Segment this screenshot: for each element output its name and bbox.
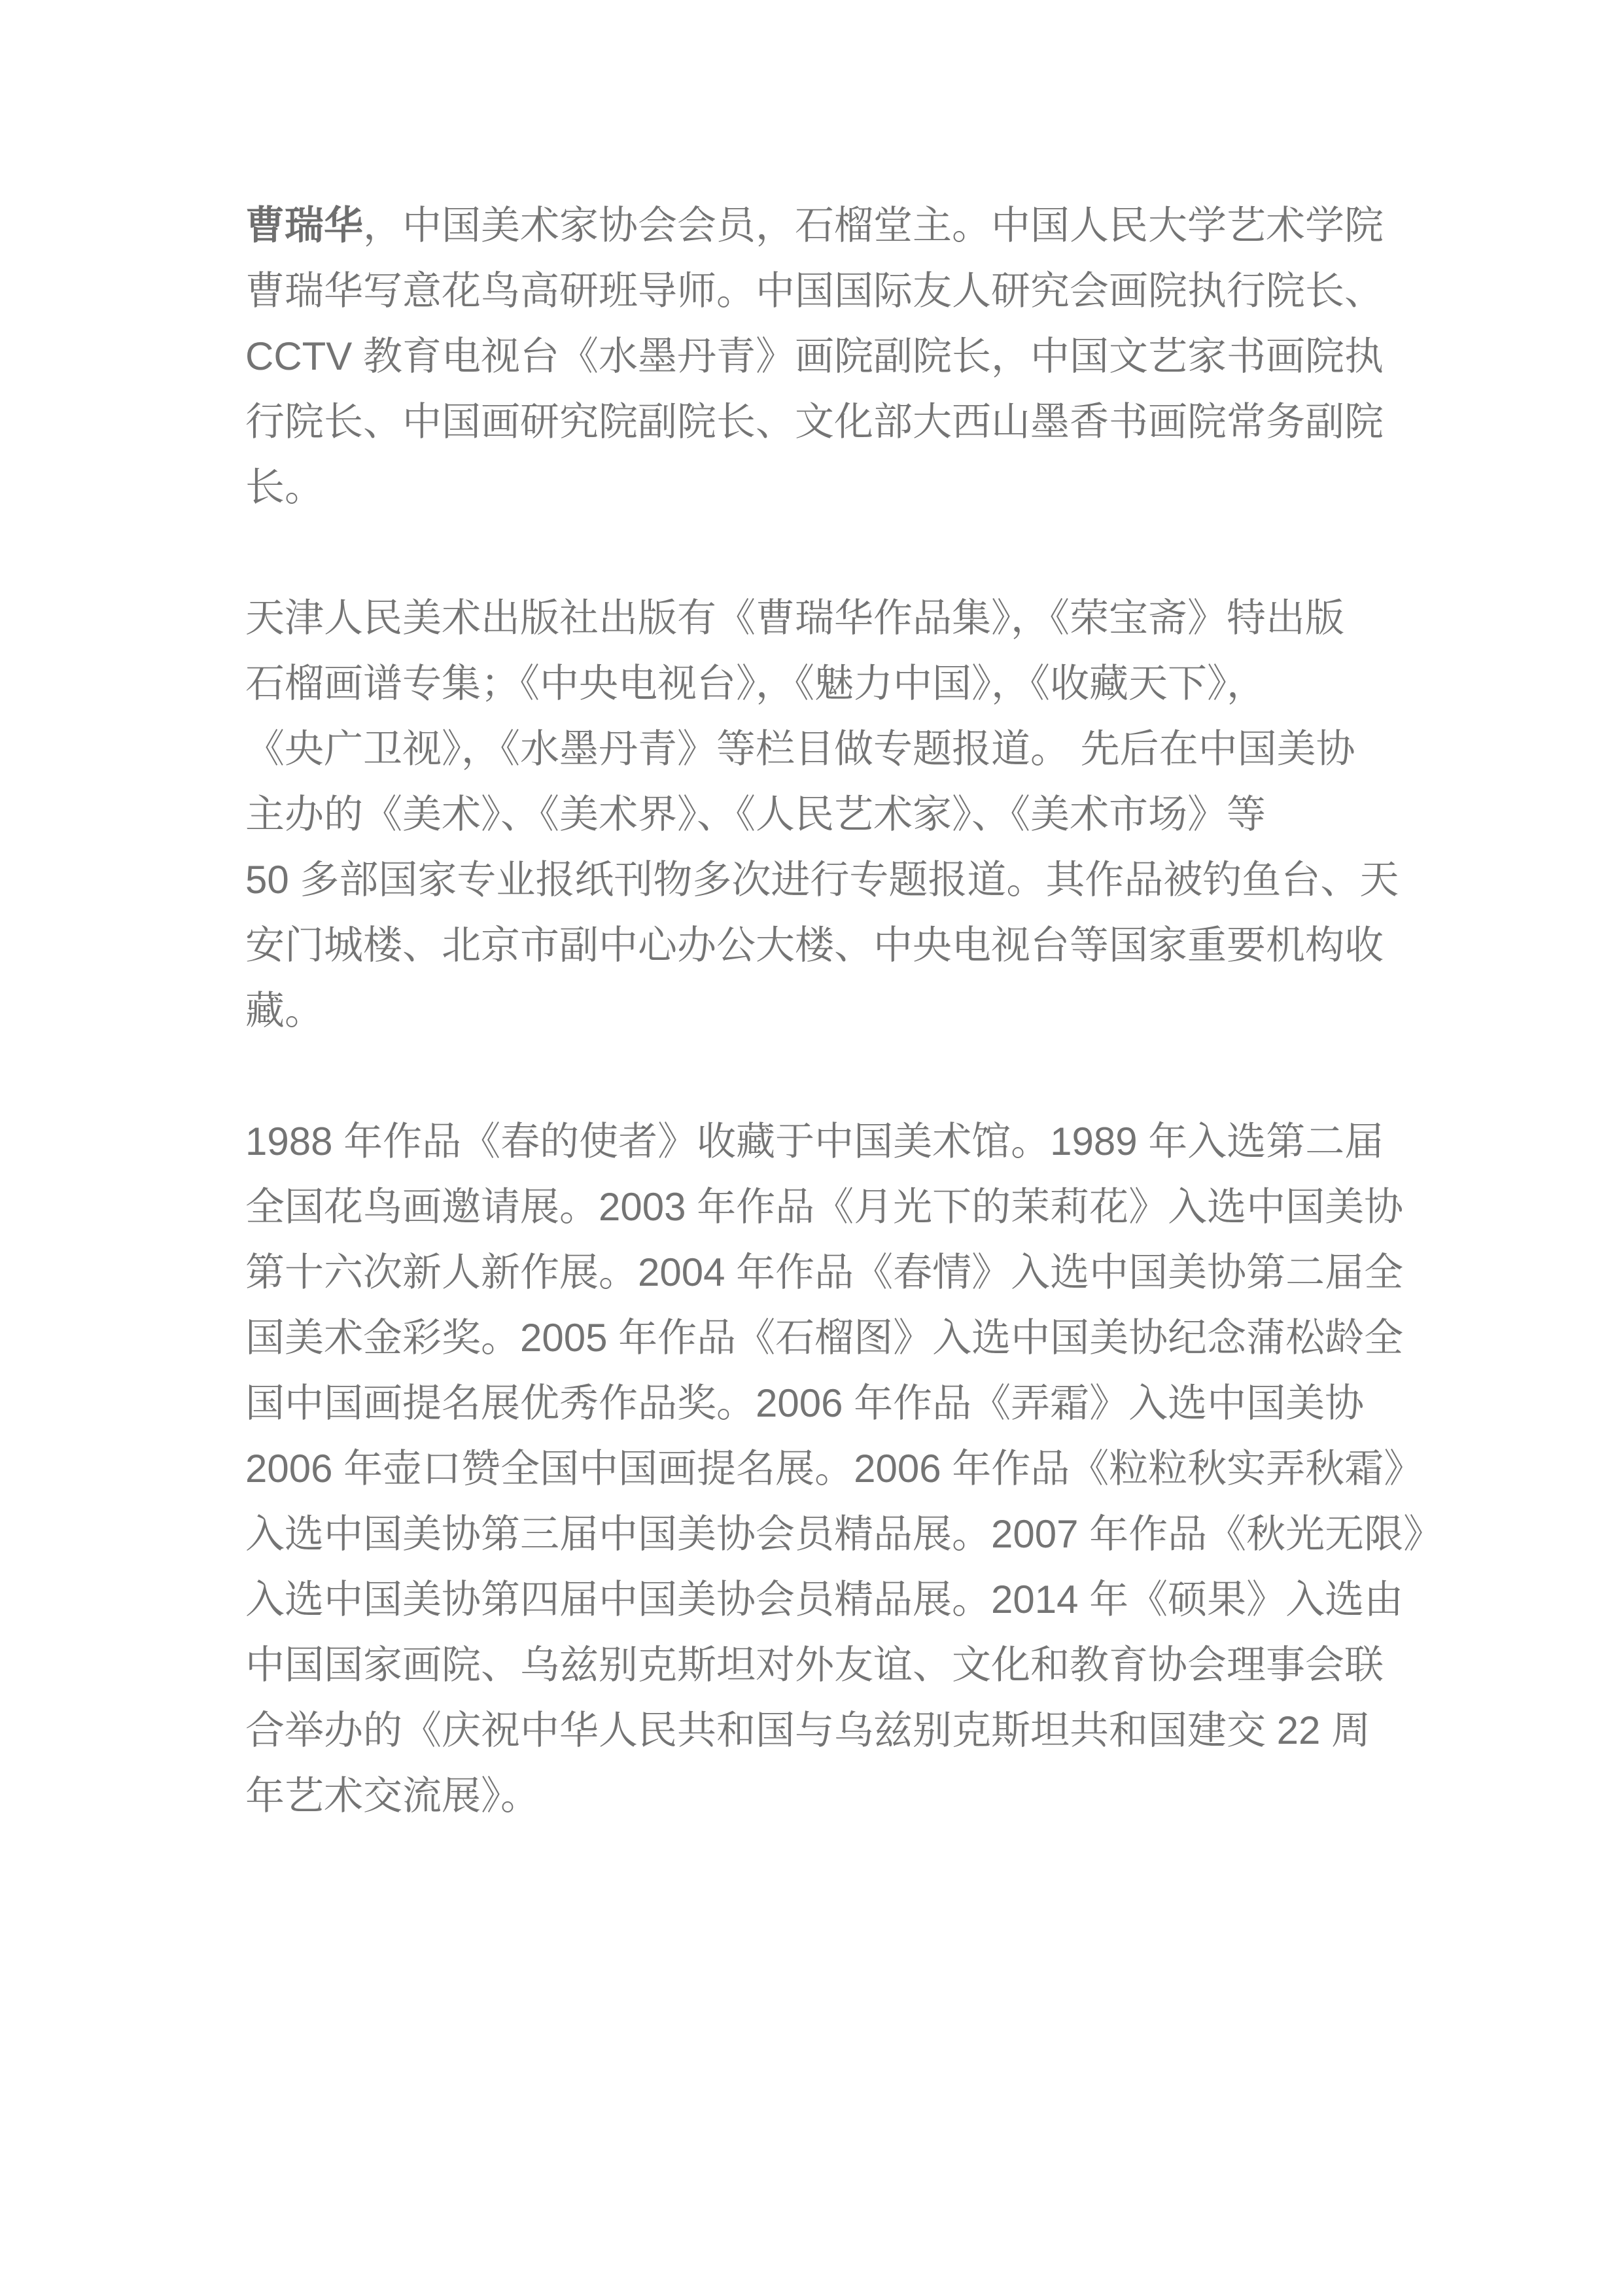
text-line: 天津人民美术出版社出版有《曹瑞华作品集》，《荣宝斋》特出版	[245, 586, 1384, 651]
text-line: 合举办的《庆祝中华人民共和国与乌兹别克斯坦共和国建交 22 周	[245, 1698, 1384, 1763]
paragraph-2: 天津人民美术出版社出版有《曹瑞华作品集》，《荣宝斋》特出版石榴画谱专集；《中央电…	[245, 586, 1384, 1044]
text-line: 全国花鸟画邀请展。2003 年作品《月光下的茉莉花》入选中国美协	[245, 1174, 1384, 1240]
text-line: 2006 年壶口赞全国中国画提名展。2006 年作品《粒粒秋实弄秋霜》	[245, 1436, 1384, 1502]
text-line: 曹瑞华写意花鸟高研班导师。中国国际友人研究会画院执行院长、	[245, 258, 1384, 324]
text-line: 入选中国美协第四届中国美协会员精品展。2014 年《硕果》入选由	[245, 1567, 1384, 1633]
text-line: 主办的《美术》、《美术界》、《人民艺术家》、《美术市场》等	[245, 782, 1384, 847]
text-line: 50 多部国家专业报纸刊物多次进行专题报道。其作品被钓鱼台、天	[245, 847, 1384, 913]
text-line: 中国国家画院、乌兹别克斯坦对外友谊、文化和教育协会理事会联	[245, 1633, 1384, 1698]
text-line: 藏。	[245, 978, 1384, 1044]
text-line: 石榴画谱专集；《中央电视台》，《魅力中国》，《收藏天下》，	[245, 651, 1384, 716]
text-line: 《央广卫视》，《水墨丹青》等栏目做专题报道。 先后在中国美协	[245, 716, 1384, 782]
biography-text-block: 曹瑞华，中国美术家协会会员，石榴堂主。中国人民大学艺术学院曹瑞华写意花鸟高研班导…	[245, 193, 1384, 1829]
text-line: 国美术金彩奖。2005 年作品《石榴图》入选中国美协纪念蒲松龄全	[245, 1305, 1384, 1371]
text-line: CCTV 教育电视台《水墨丹青》画院副院长，中国文艺家书画院执	[245, 324, 1384, 389]
author-name-bold: 曹瑞华	[245, 203, 363, 247]
text-line: 入选中国美协第三届中国美协会员精品展。2007 年作品《秋光无限》	[245, 1502, 1384, 1567]
text-line: 年艺术交流展》。	[245, 1763, 1384, 1829]
paragraph-1: 曹瑞华，中国美术家协会会员，石榴堂主。中国人民大学艺术学院曹瑞华写意花鸟高研班导…	[245, 193, 1384, 520]
text-line: 1988 年作品《春的使者》收藏于中国美术馆。1989 年入选第二届	[245, 1109, 1384, 1174]
text-line: 长。	[245, 455, 1384, 520]
text-line: 安门城楼、北京市副中心办公大楼、中央电视台等国家重要机构收	[245, 913, 1384, 978]
text-line: 行院长、中国画研究院副院长、文化部大西山墨香书画院常务副院	[245, 389, 1384, 455]
text-line: 国中国画提名展优秀作品奖。2006 年作品《弄霜》入选中国美协	[245, 1371, 1384, 1436]
text-line: 曹瑞华，中国美术家协会会员，石榴堂主。中国人民大学艺术学院	[245, 193, 1384, 258]
text-line: 第十六次新人新作展。2004 年作品《春情》入选中国美协第二届全	[245, 1240, 1384, 1305]
paragraph-3: 1988 年作品《春的使者》收藏于中国美术馆。1989 年入选第二届全国花鸟画邀…	[245, 1109, 1384, 1829]
document-page: 曹瑞华，中国美术家协会会员，石榴堂主。中国人民大学艺术学院曹瑞华写意花鸟高研班导…	[0, 0, 1623, 2296]
